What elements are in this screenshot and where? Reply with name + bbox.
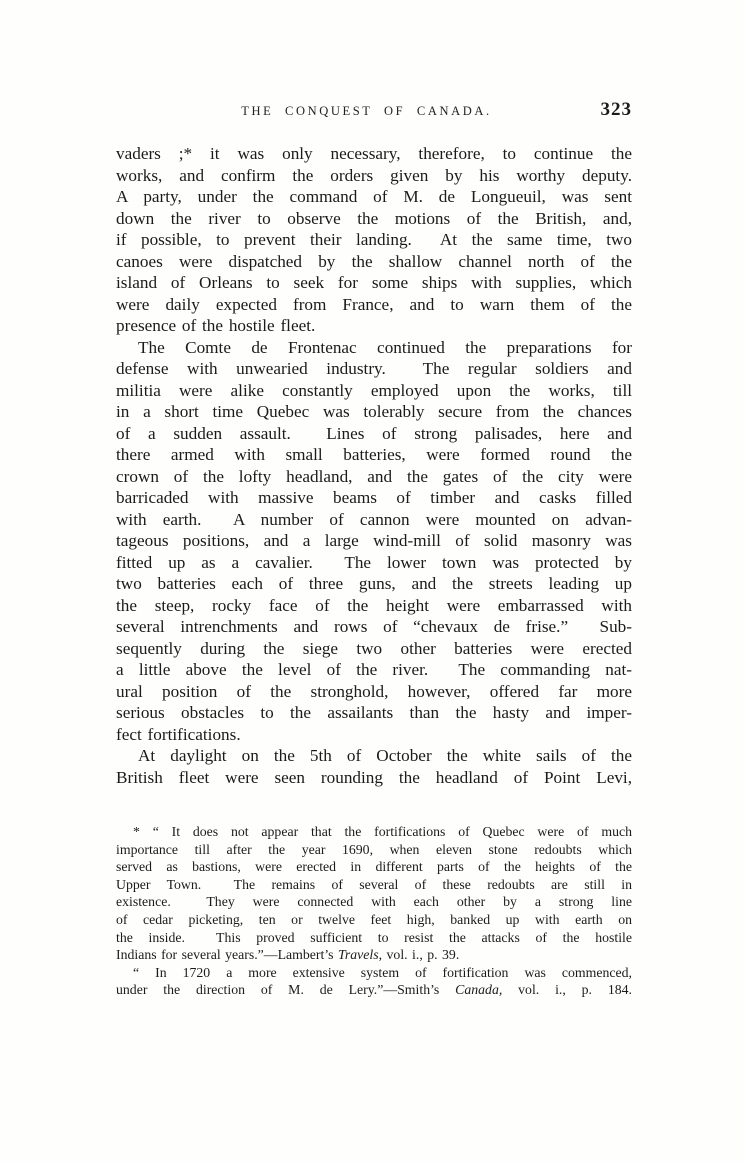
- text-segment: fitted up as a cavalier. The lower town …: [116, 553, 632, 572]
- text-segment: down the river to observe the motions of…: [116, 209, 632, 228]
- text-line: serious obstacles to the assailants than…: [116, 702, 632, 724]
- text-segment: served as bastions, were erected in diff…: [116, 859, 632, 874]
- text-segment: the steep, rocky face of the height were…: [116, 596, 632, 615]
- text-line: island of Orleans to seek for some ships…: [116, 272, 632, 294]
- text-line: works, and confirm the orders given by h…: [116, 165, 632, 187]
- text-line: existence. They were connected with each…: [116, 893, 632, 911]
- page-body: vaders ;* it was only necessary, therefo…: [116, 143, 632, 788]
- paragraph: vaders ;* it was only necessary, therefo…: [116, 143, 632, 337]
- text-line: served as bastions, were erected in diff…: [116, 858, 632, 876]
- text-segment: if possible, to prevent their landing. A…: [116, 230, 632, 249]
- text-segment: a little above the level of the river. T…: [116, 660, 632, 679]
- paragraph: The Comte de Frontenac continued the pre…: [116, 337, 632, 746]
- text-segment: several intrenchments and rows of “cheva…: [116, 617, 632, 636]
- italic-text: Travels: [338, 947, 379, 962]
- text-line: ural position of the stronghold, however…: [116, 681, 632, 703]
- text-segment: militia were alike constantly employed u…: [116, 381, 632, 400]
- text-line: fitted up as a cavalier. The lower town …: [116, 552, 632, 574]
- text-segment: two batteries each of three guns, and th…: [116, 574, 632, 593]
- text-segment: canoes were dispatched by the shallow ch…: [116, 252, 632, 271]
- paragraph: “ In 1720 a more extensive system of for…: [116, 964, 632, 999]
- book-page: THE CONQUEST OF CANADA. 323 vaders ;* it…: [0, 0, 744, 1162]
- text-line: tageous positions, and a large wind-mill…: [116, 530, 632, 552]
- text-segment: The Comte de Frontenac continued the pre…: [138, 338, 632, 357]
- running-title: THE CONQUEST OF CANADA.: [241, 104, 491, 119]
- text-segment: barricaded with massive beams of timber …: [116, 488, 632, 507]
- text-line: The Comte de Frontenac continued the pre…: [116, 337, 632, 359]
- text-segment: in a short time Quebec was tolerably sec…: [116, 402, 632, 421]
- paragraph: At daylight on the 5th of October the wh…: [116, 745, 632, 788]
- text-line: under the direction of M. de Lery.”—Smit…: [116, 981, 632, 999]
- text-line: British fleet were seen rounding the hea…: [116, 767, 632, 789]
- text-line: vaders ;* it was only necessary, therefo…: [116, 143, 632, 165]
- text-line: defense with unwearied industry. The reg…: [116, 358, 632, 380]
- text-line: Upper Town. The remains of several of th…: [116, 876, 632, 894]
- paragraph: * “ It does not appear that the fortific…: [116, 823, 632, 964]
- text-segment: At daylight on the 5th of October the wh…: [138, 746, 632, 765]
- text-segment: crown of the lofty headland, and the gat…: [116, 467, 632, 486]
- text-segment: fect fortifications.: [116, 725, 241, 744]
- text-line: militia were alike constantly employed u…: [116, 380, 632, 402]
- text-line: crown of the lofty headland, and the gat…: [116, 466, 632, 488]
- text-line: several intrenchments and rows of “cheva…: [116, 616, 632, 638]
- text-line: a little above the level of the river. T…: [116, 659, 632, 681]
- text-line: if possible, to prevent their landing. A…: [116, 229, 632, 251]
- text-line: the steep, rocky face of the height were…: [116, 595, 632, 617]
- text-line: of cedar picketing, ten or twelve feet h…: [116, 911, 632, 929]
- text-segment: island of Orleans to seek for some ships…: [116, 273, 632, 292]
- text-segment: defense with unwearied industry. The reg…: [116, 359, 632, 378]
- text-line: presence of the hostile fleet.: [116, 315, 632, 337]
- text-line: were daily expected from France, and to …: [116, 294, 632, 316]
- text-segment: “ In 1720 a more extensive system of for…: [133, 965, 632, 980]
- text-line: sequently during the siege two other bat…: [116, 638, 632, 660]
- text-line: of a sudden assault. Lines of strong pal…: [116, 423, 632, 445]
- text-segment: serious obstacles to the assailants than…: [116, 703, 632, 722]
- text-line: Indians for several years.”—Lambert’s Tr…: [116, 946, 632, 964]
- text-line: there armed with small batteries, were f…: [116, 444, 632, 466]
- running-header: THE CONQUEST OF CANADA. 323: [116, 104, 632, 124]
- italic-text: Canada,: [455, 982, 502, 997]
- text-segment: of cedar picketing, ten or twelve feet h…: [116, 912, 632, 927]
- text-segment: A party, under the command of M. de Long…: [116, 187, 632, 206]
- text-segment: existence. They were connected with each…: [116, 894, 632, 909]
- text-segment: with earth. A number of cannon were moun…: [116, 510, 632, 529]
- text-segment: the inside. This proved sufficient to re…: [116, 930, 632, 945]
- text-segment: importance till after the year 1690, whe…: [116, 842, 632, 857]
- text-line: fect fortifications.: [116, 724, 632, 746]
- text-segment: of a sudden assault. Lines of strong pal…: [116, 424, 632, 443]
- text-segment: works, and confirm the orders given by h…: [116, 166, 632, 185]
- page-content: THE CONQUEST OF CANADA. 323 vaders ;* it…: [116, 104, 632, 999]
- text-line: down the river to observe the motions of…: [116, 208, 632, 230]
- page-number: 323: [601, 99, 633, 121]
- text-line: A party, under the command of M. de Long…: [116, 186, 632, 208]
- text-segment: presence of the hostile fleet.: [116, 316, 315, 335]
- text-line: the inside. This proved sufficient to re…: [116, 929, 632, 947]
- text-segment: vol. i., p. 184.: [502, 982, 632, 997]
- text-line: in a short time Quebec was tolerably sec…: [116, 401, 632, 423]
- text-segment: Upper Town. The remains of several of th…: [116, 877, 632, 892]
- text-line: with earth. A number of cannon were moun…: [116, 509, 632, 531]
- text-line: At daylight on the 5th of October the wh…: [116, 745, 632, 767]
- text-line: barricaded with massive beams of timber …: [116, 487, 632, 509]
- text-segment: British fleet were seen rounding the hea…: [116, 768, 632, 787]
- text-segment: vaders ;* it was only necessary, therefo…: [116, 144, 632, 163]
- text-line: two batteries each of three guns, and th…: [116, 573, 632, 595]
- text-segment: under the direction of M. de Lery.”—Smit…: [116, 982, 455, 997]
- text-line: “ In 1720 a more extensive system of for…: [116, 964, 632, 982]
- text-segment: Indians for several years.”—Lambert’s: [116, 947, 338, 962]
- footnotes: * “ It does not appear that the fortific…: [116, 823, 632, 999]
- text-segment: were daily expected from France, and to …: [116, 295, 632, 314]
- text-segment: * “ It does not appear that the fortific…: [133, 824, 632, 839]
- text-line: importance till after the year 1690, whe…: [116, 841, 632, 859]
- text-segment: ural position of the stronghold, however…: [116, 682, 632, 701]
- text-segment: tageous positions, and a large wind-mill…: [116, 531, 632, 550]
- text-line: canoes were dispatched by the shallow ch…: [116, 251, 632, 273]
- text-segment: there armed with small batteries, were f…: [116, 445, 632, 464]
- text-segment: , vol. i., p. 39.: [379, 947, 460, 962]
- text-line: * “ It does not appear that the fortific…: [116, 823, 632, 841]
- text-segment: sequently during the siege two other bat…: [116, 639, 632, 658]
